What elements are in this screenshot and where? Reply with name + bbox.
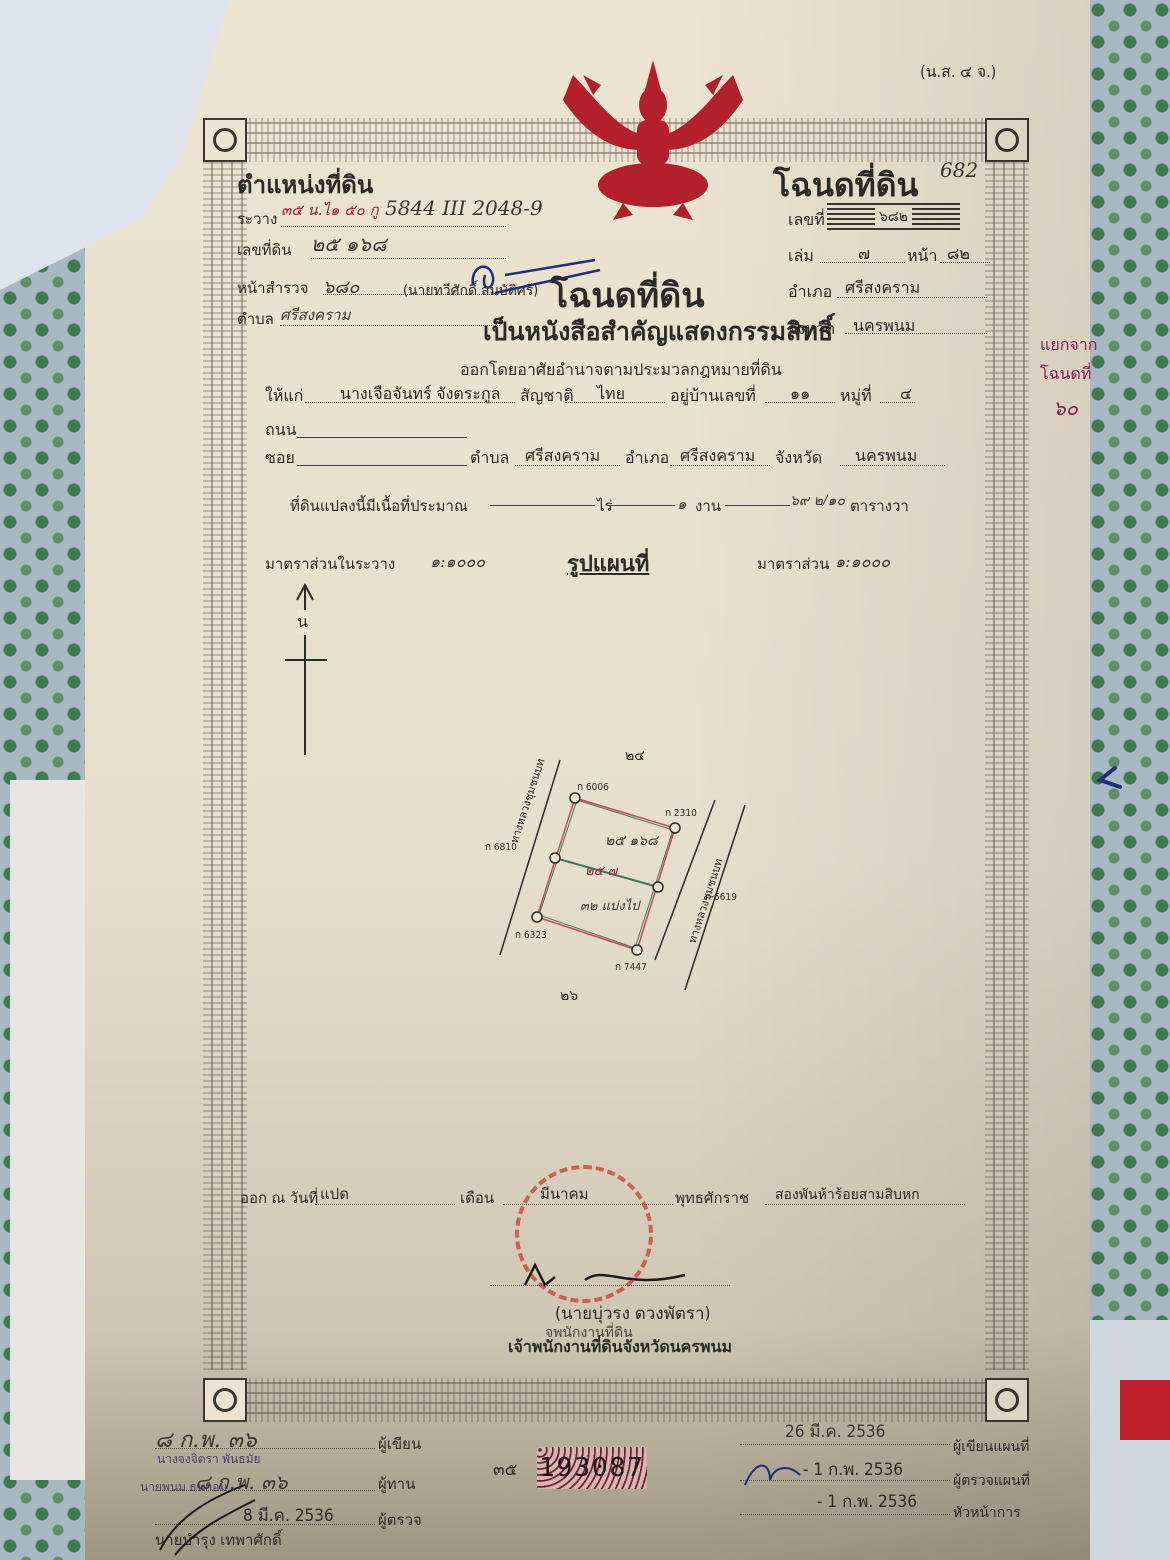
owner-amphoe-label: อำเภอ [625, 446, 669, 471]
tambon-value: ศรีสงคราม [280, 303, 350, 327]
road-line [297, 437, 467, 438]
map-checker-signature-icon [740, 1455, 810, 1495]
moo-value: ๔ [900, 382, 912, 407]
map-top-label: ๒๔ [625, 745, 645, 767]
house-no-label: อยู่บ้านเลขที่ [670, 384, 756, 409]
serial-prefix: ๓๕ [493, 1456, 518, 1483]
marker-label: ก 2310 [665, 806, 697, 821]
soi-line [297, 465, 467, 466]
map-title: รูปแผนที่ [567, 546, 649, 581]
province-value: นครพนม [853, 314, 915, 339]
wa-label: ตารางวา [850, 494, 909, 518]
security-border-right [985, 160, 1029, 1370]
deed-ref-label: โฉนดที่ [1040, 362, 1091, 387]
issue-year-label: พุทธศักราช [675, 1186, 749, 1210]
parcel-map: ๒๔ ๒๖ ๒๕ ๑๖๘ ๒๕ ๗ ๓๒ แบ่งไป ทางหลวงชุมชน… [465, 740, 765, 1030]
garuda-emblem-icon [553, 55, 753, 225]
security-border-bottom [225, 1378, 985, 1422]
ngan-value: ๑ [677, 492, 687, 516]
deed-ref-number: ๖๐ [1053, 392, 1078, 424]
rawang-line [281, 226, 506, 227]
map-scale-label: มาตราส่วน [757, 552, 829, 576]
deed-handwritten-number: 682 [940, 158, 978, 182]
survey-page-value: ๖๘๐ [323, 272, 359, 301]
book-label: เล่ม [788, 244, 814, 269]
issue-day-line [315, 1204, 455, 1205]
book-line [820, 262, 905, 263]
nationality-value: ไทย [597, 382, 625, 407]
form-code: (น.ส. ๔ จ.) [920, 60, 996, 85]
issue-day: แปด [320, 1182, 349, 1206]
marker-label: ก 6323 [515, 928, 547, 943]
split-from-label: แยกจาก [1040, 333, 1097, 358]
map-bottom-label: ๒๖ [560, 985, 578, 1007]
rai-line [490, 505, 595, 506]
serial-number: 193087 [539, 1453, 645, 1483]
issue-year: สองพันห้าร้อยสามสิบหก [775, 1184, 920, 1206]
deed-number-label: เลขที่ [788, 208, 825, 233]
marker-label: ก 6810 [485, 840, 517, 855]
owner-to-label: ให้แก่ [265, 384, 303, 409]
parcel-diagram-icon [465, 740, 765, 1030]
land-no-value: ๒๕ ๑๖๘ [311, 228, 387, 260]
survey-page-label: หน้าสำรวจ [237, 276, 308, 300]
chief-date: - 1 ก.พ. 2536 [817, 1488, 917, 1515]
blue-pen-mark-icon [1095, 765, 1125, 795]
owner-name: นางเจือจันทร์ จังตระกูล [340, 382, 500, 407]
land-no-label: เลขที่ดิน [237, 238, 291, 262]
book-value: ๗ [858, 242, 870, 267]
writer-line [155, 1448, 375, 1449]
road-label: ถนน [265, 418, 297, 443]
house-no-line [765, 402, 835, 403]
soi-label: ซอย [265, 446, 295, 471]
owner-province-label: จังหวัด [775, 446, 822, 471]
map-writer-role: ผู้เขียนแผนที่ [953, 1436, 1029, 1458]
parcel-middle-label: ๒๕ ๗ [585, 860, 617, 881]
area-label: ที่ดินแปลงนี้มีเนื้อที่ประมาณ [290, 494, 468, 518]
map-writer-line [740, 1444, 950, 1445]
officer-signature-icon [515, 1255, 705, 1295]
rawang-scale-value: ๑:๑๐๐๐ [430, 550, 485, 575]
deed-number-value: ๖๘๒ [875, 206, 912, 228]
rawang-scale-label: มาตราส่วนในระวาง [265, 552, 395, 576]
province-line [845, 333, 987, 334]
marker-label: ก 7447 [615, 960, 647, 975]
amphoe-line [837, 297, 987, 298]
rai-label: ไร่ [597, 494, 613, 518]
writer-role: ผู้เขียน [378, 1432, 421, 1456]
parcel-upper-label: ๒๕ ๑๖๘ [605, 830, 658, 852]
inspector-role: ผู้ตรวจ [378, 1508, 422, 1532]
corner-ornament-icon [985, 118, 1029, 162]
nationality-line [565, 402, 665, 403]
moo-line [880, 402, 915, 403]
page-value: ๘๒ [947, 242, 970, 267]
wa-value: ๖๙ ๒/๑๐ [790, 490, 845, 512]
nationality-label: สัญชาติ [520, 384, 574, 409]
signature-line [490, 1285, 730, 1286]
map-scale-value: ๑:๑๐๐๐ [835, 550, 890, 575]
reviewer-role: ผู้ทาน [378, 1472, 415, 1496]
owner-tambon-line [515, 465, 620, 466]
marker-label: ก 6619 [705, 890, 737, 905]
north-arrow-icon [275, 580, 335, 760]
inspector-signature-icon [155, 1480, 265, 1560]
corner-ornament-icon [203, 1378, 247, 1422]
marker-label: ก 6006 [577, 780, 609, 795]
province-label: จังหวัด [788, 317, 835, 342]
underlying-paper-right [1090, 1320, 1170, 1560]
page-label: หน้า [907, 244, 937, 269]
map-writer-date: 26 มี.ค. 2536 [785, 1418, 885, 1445]
corner-ornament-icon [985, 1378, 1029, 1422]
wa-line [725, 505, 790, 506]
amphoe-label: อำเภอ [788, 280, 832, 305]
issue-year-line [765, 1204, 965, 1205]
owner-province-line [840, 465, 945, 466]
page-line [940, 262, 990, 263]
parcel-lower-label: ๓๒ แบ่งไป [580, 895, 639, 916]
rawang-label: ระวาง [237, 207, 277, 231]
ngan-line [610, 505, 675, 506]
land-title-deed: (น.ส. ๔ จ.) ตำแหน่งที่ดิน ระวาง ๓๕ น.ไ๑ … [85, 0, 1090, 1560]
tambon-label: ตำบล [237, 307, 274, 331]
north-label: น [297, 610, 308, 635]
subtitle: เป็นหนังสือสำคัญแสดงกรรมสิทธิ์ [483, 312, 833, 352]
serial-number-box: 193087 [537, 1447, 647, 1489]
chief-role: หัวหน้าการ [953, 1502, 1021, 1524]
map-checker-role: ผู้ตรวจแผนที่ [953, 1470, 1030, 1492]
rawang-value: ๓๕ น.ไ๑ ๕๐ กู [281, 198, 379, 222]
map-checker-date: - 1 ก.พ. 2536 [803, 1456, 903, 1483]
issue-month-label: เดือน [460, 1186, 494, 1210]
moo-label: หมู่ที่ [840, 384, 872, 409]
red-print-block [1120, 1380, 1170, 1440]
owner-name-line [305, 402, 515, 403]
rawang-grid: 5844 III 2048-9 [385, 196, 543, 220]
corner-ornament-icon [203, 118, 247, 162]
ngan-label: งาน [695, 494, 721, 518]
house-no-value: ๑๑ [790, 382, 810, 407]
issued-by-text: ออกโดยอาศัยอำนาจตามประมวลกฎหมายที่ดิน [460, 358, 782, 383]
issue-date-label: ออก ณ วันที่ [240, 1186, 318, 1210]
signer-title: เจ้าพนักงานที่ดินจังหวัดนครพนม [508, 1335, 732, 1360]
owner-amphoe-line [670, 465, 770, 466]
chief-line [740, 1514, 950, 1515]
owner-tambon-label: ตำบล [470, 446, 509, 471]
tambon-line [280, 325, 500, 326]
